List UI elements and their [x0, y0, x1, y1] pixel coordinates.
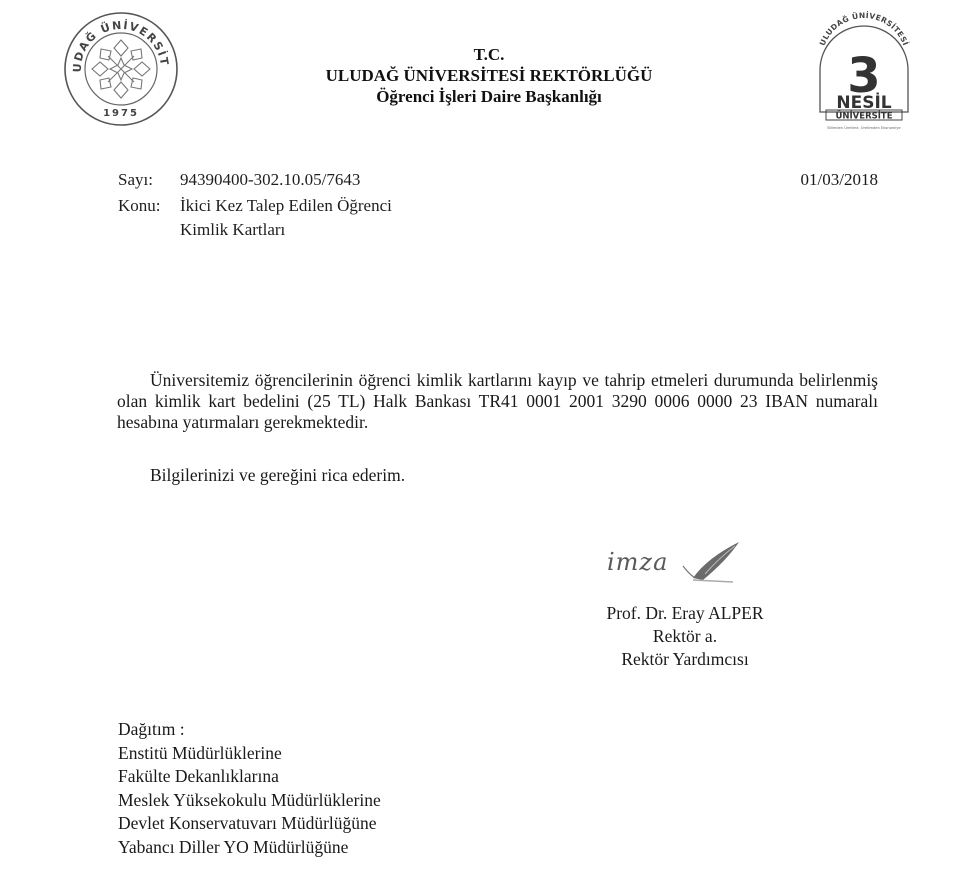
konu-label: Konu: — [118, 194, 161, 218]
konu-line-1: İkici Kez Talep Edilen Öğrenci — [180, 194, 392, 218]
konu-line-2: Kimlik Kartları — [180, 218, 285, 242]
svg-text:Bilimden Üretime, Üretimden Ek: Bilimden Üretime, Üretimden Ekonomiye — [827, 125, 901, 130]
signature-image: imza — [605, 538, 745, 586]
svg-text:ULUDAĞ ÜNİVERSİTESİ: ULUDAĞ ÜNİVERSİTESİ — [818, 11, 910, 47]
distribution-label: Dağıtım : — [118, 718, 381, 742]
header-rectorate: ULUDAĞ ÜNİVERSİTESİ REKTÖRLÜĞÜ — [250, 65, 728, 86]
svg-text:1975: 1975 — [103, 108, 139, 119]
svg-text:ÜNİVERSİTE: ÜNİVERSİTE — [836, 111, 893, 122]
third-generation-university-logo: ULUDAĞ ÜNİVERSİTESİ 3 NESİL ÜNİVERSİTE B… — [812, 8, 916, 132]
university-seal-logo: ULUDAĞ ÜNİVERSİTESİ 1975 — [62, 10, 180, 128]
signatory-title-1: Rektör a. — [580, 625, 790, 648]
distribution-item: Enstitü Müdürlüklerine — [118, 742, 381, 766]
document-date: 01/03/2018 — [760, 168, 878, 192]
pen-nib-icon — [683, 542, 739, 582]
header-tc: T.C. — [250, 44, 728, 65]
distribution-item: Meslek Yüksekokulu Müdürlüklerine — [118, 789, 381, 813]
signature-block: Prof. Dr. Eray ALPER Rektör a. Rektör Ya… — [580, 602, 790, 671]
sayi-value: 94390400-302.10.05/7643 — [180, 168, 360, 192]
distribution-item: Devlet Konservatuvarı Müdürlüğüne — [118, 812, 381, 836]
distribution-list: Dağıtım : Enstitü Müdürlüklerine Fakülte… — [118, 718, 381, 860]
header-department: Öğrenci İşleri Daire Başkanlığı — [250, 86, 728, 107]
distribution-item: Yabancı Diller YO Müdürlüğüne — [118, 836, 381, 860]
svg-text:ULUDAĞ ÜNİVERSİTESİ: ULUDAĞ ÜNİVERSİTESİ — [62, 10, 171, 73]
distribution-item: Fakülte Dekanlıklarına — [118, 765, 381, 789]
signature-text: imza — [607, 548, 668, 576]
signatory-title-2: Rektör Yardımcısı — [580, 648, 790, 671]
sayi-label: Sayı: — [118, 168, 153, 192]
signatory-name: Prof. Dr. Eray ALPER — [580, 602, 790, 625]
university-seal-icon: ULUDAĞ ÜNİVERSİTESİ 1975 — [62, 10, 180, 128]
document-header: T.C. ULUDAĞ ÜNİVERSİTESİ REKTÖRLÜĞÜ Öğre… — [250, 44, 728, 107]
third-generation-university-logo-icon: ULUDAĞ ÜNİVERSİTESİ 3 NESİL ÜNİVERSİTE B… — [812, 8, 916, 132]
closing-line: Bilgilerinizi ve gereğini rica ederim. — [150, 464, 405, 486]
body-paragraph: Üniversitemiz öğrencilerinin öğrenci kim… — [117, 370, 878, 433]
